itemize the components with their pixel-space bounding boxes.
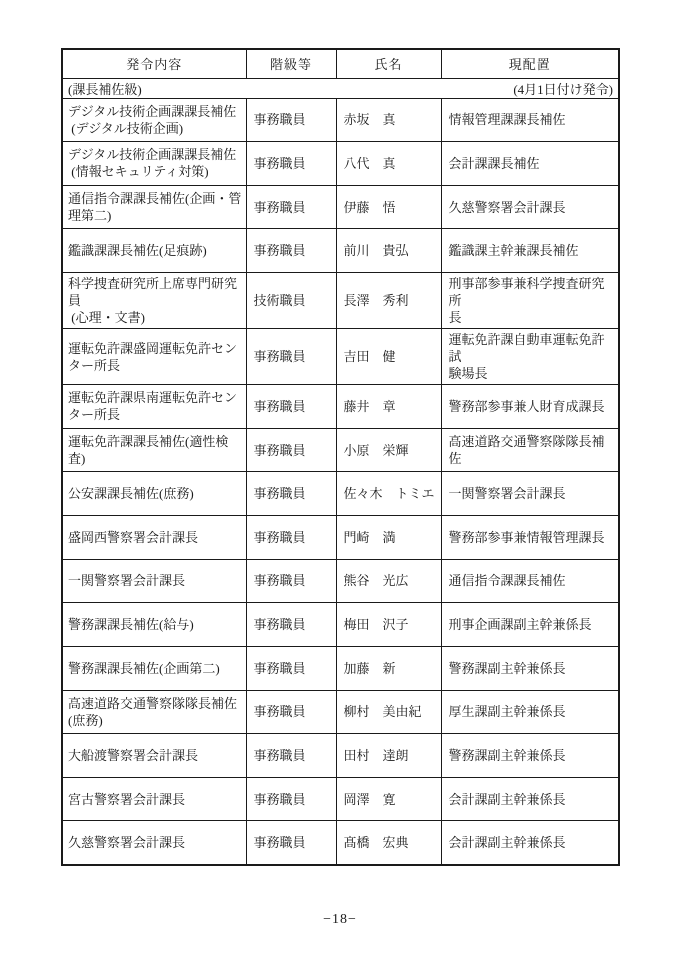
rank-cell: 事務職員 [246, 185, 336, 229]
column-header-appointment: 発令内容 [62, 49, 246, 78]
table-row: 運転免許課課長補佐(適性検 査) 事務職員 小原 栄輝 高速道路交通警察隊隊長補… [62, 428, 619, 472]
rank-cell: 事務職員 [246, 690, 336, 734]
current-assignment-cell: 情報管理課課長補佐 [441, 98, 619, 142]
column-header-current-assignment: 現配置 [441, 49, 619, 78]
page-number: −18− [0, 912, 680, 928]
table-row: 盛岡西警察署会計課長 事務職員 門崎 満 警務部参事兼情報管理課長 [62, 515, 619, 559]
rank-cell: 事務職員 [246, 777, 336, 821]
appointment-cell: 宮古警察署会計課長 [62, 777, 246, 821]
table-row: 鑑識課課長補佐(足痕跡) 事務職員 前川 貴弘 鑑識課主幹兼課長補佐 [62, 229, 619, 273]
appointment-cell: 科学捜査研究所上席専門研究員 (心理・文書) [62, 273, 246, 329]
table-row: 科学捜査研究所上席専門研究員 (心理・文書) 技術職員 長澤 秀利 刑事部参事兼… [62, 273, 619, 329]
name-cell: 門崎 満 [336, 515, 441, 559]
name-cell: 前川 貴弘 [336, 229, 441, 273]
current-assignment-cell: 高速道路交通警察隊隊長補佐 [441, 428, 619, 472]
personnel-appointments-table: 発令内容 階級等 氏名 現配置 (課長補佐級) (4月1日付け発令) デジタル技… [61, 48, 620, 866]
table-row: 高速道路交通警察隊隊長補佐 (庶務) 事務職員 柳村 美由紀 厚生課副主幹兼係長 [62, 690, 619, 734]
current-assignment-cell: 久慈警察署会計課長 [441, 185, 619, 229]
table-row: 運転免許課県南運転免許セン ター所長 事務職員 藤井 章 警務部参事兼人財育成課… [62, 385, 619, 429]
table-row: 公安課課長補佐(庶務) 事務職員 佐々木 トミエ 一関警察署会計課長 [62, 472, 619, 516]
table-row: 宮古警察署会計課長 事務職員 岡澤 寛 会計課副主幹兼係長 [62, 777, 619, 821]
table-row: 通信指令課課長補佐(企画・管 理第二) 事務職員 伊藤 悟 久慈警察署会計課長 [62, 185, 619, 229]
appointment-cell: 通信指令課課長補佐(企画・管 理第二) [62, 185, 246, 229]
appointment-cell: 久慈警察署会計課長 [62, 821, 246, 865]
current-assignment-cell: 刑事企画課副主幹兼係長 [441, 603, 619, 647]
rank-cell: 事務職員 [246, 385, 336, 429]
table-body: デジタル技術企画課課長補佐 (デジタル技術企画) 事務職員 赤坂 真 情報管理課… [62, 98, 619, 865]
appointment-cell: デジタル技術企画課課長補佐 (情報セキュリティ対策) [62, 142, 246, 186]
current-assignment-cell: 厚生課副主幹兼係長 [441, 690, 619, 734]
table-row: 久慈警察署会計課長 事務職員 髙橋 宏典 会計課副主幹兼係長 [62, 821, 619, 865]
current-assignment-cell: 会計課副主幹兼係長 [441, 777, 619, 821]
current-assignment-cell: 警務部参事兼情報管理課長 [441, 515, 619, 559]
column-header-rank: 階級等 [246, 49, 336, 78]
rank-cell: 事務職員 [246, 603, 336, 647]
name-cell: 田村 達朗 [336, 734, 441, 778]
table-row: 警務課課長補佐(企画第二) 事務職員 加藤 新 警務課副主幹兼係長 [62, 646, 619, 690]
rank-cell: 事務職員 [246, 646, 336, 690]
appointment-cell: デジタル技術企画課課長補佐 (デジタル技術企画) [62, 98, 246, 142]
name-cell: 藤井 章 [336, 385, 441, 429]
name-cell: 髙橋 宏典 [336, 821, 441, 865]
name-cell: 佐々木 トミエ [336, 472, 441, 516]
table-row: 警務課課長補佐(給与) 事務職員 梅田 沢子 刑事企画課副主幹兼係長 [62, 603, 619, 647]
table-row: デジタル技術企画課課長補佐 (情報セキュリティ対策) 事務職員 八代 真 会計課… [62, 142, 619, 186]
current-assignment-cell: 警務課副主幹兼係長 [441, 734, 619, 778]
name-cell: 熊谷 光広 [336, 559, 441, 603]
appointment-cell: 運転免許課県南運転免許セン ター所長 [62, 385, 246, 429]
rank-cell: 事務職員 [246, 472, 336, 516]
table-row: 運転免許課盛岡運転免許セン ター所長 事務職員 吉田 健 運転免許課自動車運転免… [62, 329, 619, 385]
current-assignment-cell: 会計課副主幹兼係長 [441, 821, 619, 865]
table-row: 大船渡警察署会計課長 事務職員 田村 達朗 警務課副主幹兼係長 [62, 734, 619, 778]
rank-cell: 事務職員 [246, 821, 336, 865]
current-assignment-cell: 会計課課長補佐 [441, 142, 619, 186]
name-cell: 小原 栄輝 [336, 428, 441, 472]
rank-cell: 事務職員 [246, 515, 336, 559]
rank-cell: 事務職員 [246, 428, 336, 472]
name-cell: 梅田 沢子 [336, 603, 441, 647]
rank-cell: 事務職員 [246, 329, 336, 385]
name-cell: 赤坂 真 [336, 98, 441, 142]
rank-cell: 事務職員 [246, 559, 336, 603]
appointment-cell: 警務課課長補佐(企画第二) [62, 646, 246, 690]
appointment-cell: 一関警察署会計課長 [62, 559, 246, 603]
appointment-cell: 盛岡西警察署会計課長 [62, 515, 246, 559]
name-cell: 吉田 健 [336, 329, 441, 385]
rank-cell: 事務職員 [246, 229, 336, 273]
rank-cell: 事務職員 [246, 98, 336, 142]
column-header-name: 氏名 [336, 49, 441, 78]
name-cell: 柳村 美由紀 [336, 690, 441, 734]
table-row: 一関警察署会計課長 事務職員 熊谷 光広 通信指令課課長補佐 [62, 559, 619, 603]
appointment-cell: 運転免許課課長補佐(適性検 査) [62, 428, 246, 472]
appointment-cell: 鑑識課課長補佐(足痕跡) [62, 229, 246, 273]
current-assignment-cell: 通信指令課課長補佐 [441, 559, 619, 603]
subheader-cell: (課長補佐級) (4月1日付け発令) [62, 78, 619, 98]
name-cell: 加藤 新 [336, 646, 441, 690]
rank-cell: 事務職員 [246, 734, 336, 778]
appointment-cell: 公安課課長補佐(庶務) [62, 472, 246, 516]
current-assignment-cell: 警務課副主幹兼係長 [441, 646, 619, 690]
table-header-row: 発令内容 階級等 氏名 現配置 [62, 49, 619, 78]
current-assignment-cell: 警務部参事兼人財育成課長 [441, 385, 619, 429]
appointment-cell: 運転免許課盛岡運転免許セン ター所長 [62, 329, 246, 385]
current-assignment-cell: 鑑識課主幹兼課長補佐 [441, 229, 619, 273]
name-cell: 伊藤 悟 [336, 185, 441, 229]
subheader-effective-date: (4月1日付け発令) [513, 79, 613, 98]
name-cell: 八代 真 [336, 142, 441, 186]
appointment-cell: 大船渡警察署会計課長 [62, 734, 246, 778]
rank-cell: 技術職員 [246, 273, 336, 329]
current-assignment-cell: 一関警察署会計課長 [441, 472, 619, 516]
appointment-cell: 警務課課長補佐(給与) [62, 603, 246, 647]
name-cell: 岡澤 寛 [336, 777, 441, 821]
table-row: デジタル技術企画課課長補佐 (デジタル技術企画) 事務職員 赤坂 真 情報管理課… [62, 98, 619, 142]
current-assignment-cell: 刑事部参事兼科学捜査研究所 長 [441, 273, 619, 329]
table-subheader-row: (課長補佐級) (4月1日付け発令) [62, 78, 619, 98]
subheader-grade-label: (課長補佐級) [68, 79, 142, 98]
document-page: 発令内容 階級等 氏名 現配置 (課長補佐級) (4月1日付け発令) デジタル技… [0, 0, 680, 962]
name-cell: 長澤 秀利 [336, 273, 441, 329]
rank-cell: 事務職員 [246, 142, 336, 186]
appointment-cell: 高速道路交通警察隊隊長補佐 (庶務) [62, 690, 246, 734]
current-assignment-cell: 運転免許課自動車運転免許試 験場長 [441, 329, 619, 385]
